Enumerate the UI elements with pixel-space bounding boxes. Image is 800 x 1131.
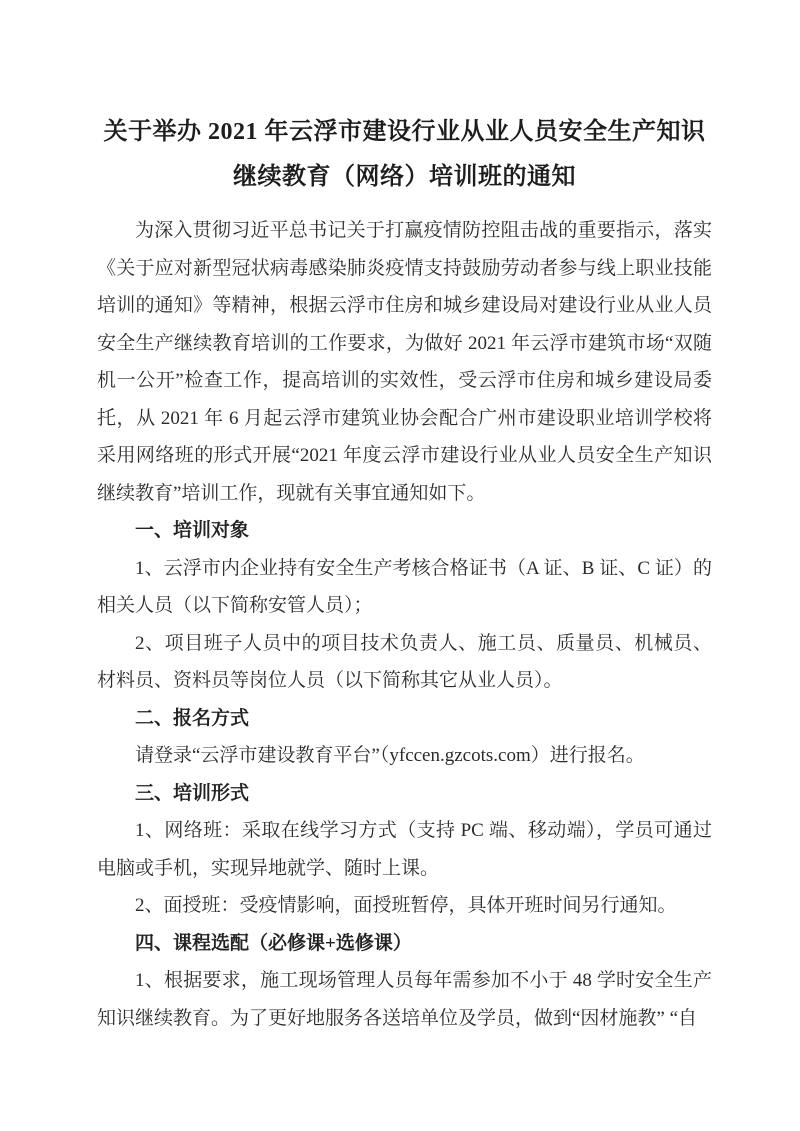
- section-4-heading: 四、课程选配（必修课+选修课）: [97, 925, 712, 963]
- section-2-heading: 二、报名方式: [97, 700, 712, 738]
- document-title-line-1: 关于举办 2021 年云浮市建设行业从业人员安全生产知识: [97, 110, 712, 155]
- document-title: 关于举办 2021 年云浮市建设行业从业人员安全生产知识 继续教育（网络）培训班…: [97, 110, 712, 200]
- section-4-paragraph-1: 1、根据要求，施工现场管理人员每年需参加不小于 48 学时安全生产知识继续教育。…: [97, 962, 712, 1037]
- document-title-line-2: 继续教育（网络）培训班的通知: [97, 155, 712, 200]
- document-body: 为深入贯彻习近平总书记关于打赢疫情防控阻击战的重要指示，落实《关于应对新型冠状病…: [97, 212, 712, 1037]
- section-3-paragraph-2: 2、面授班：受疫情影响，面授班暂停，具体开班时间另行通知。: [97, 887, 712, 925]
- section-3-paragraph-1: 1、网络班：采取在线学习方式（支持 PC 端、移动端），学员可通过电脑或手机，实…: [97, 812, 712, 887]
- document-page: 关于举办 2021 年云浮市建设行业从业人员安全生产知识 继续教育（网络）培训班…: [0, 0, 800, 1131]
- section-1-paragraph-1: 1、云浮市内企业持有安全生产考核合格证书（A 证、B 证、C 证）的相关人员（以…: [97, 550, 712, 625]
- intro-paragraph: 为深入贯彻习近平总书记关于打赢疫情防控阻击战的重要指示，落实《关于应对新型冠状病…: [97, 212, 712, 512]
- section-2-paragraph-1: 请登录“云浮市建设教育平台”（yfccen.gzcots.com）进行报名。: [97, 737, 712, 775]
- section-3-heading: 三、培训形式: [97, 775, 712, 813]
- section-1-heading: 一、培训对象: [97, 512, 712, 550]
- section-1-paragraph-2: 2、项目班子人员中的项目技术负责人、施工员、质量员、机械员、材料员、资料员等岗位…: [97, 625, 712, 700]
